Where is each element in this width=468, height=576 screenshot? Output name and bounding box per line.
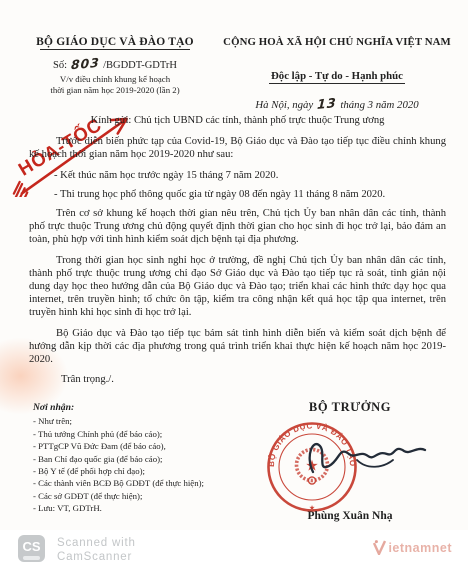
recipient-item: - Bộ Y tế (để phối hợp chỉ đạo); — [33, 465, 204, 477]
paragraph-4: Bộ Giáo dục và Đào tạo tiếp tục bám sát … — [29, 327, 446, 367]
doc-number-prefix: Số: — [53, 60, 67, 71]
recipient-item: - Lưu: VT, GDTrH. — [33, 502, 204, 514]
camscanner-logo-text: CS — [22, 539, 40, 554]
news-watermark: ietnamnet — [373, 540, 452, 555]
signer-title: BỘ TRƯỞNG — [255, 400, 445, 415]
paragraph-3: Trong thời gian học sinh nghỉ học ở trườ… — [29, 254, 446, 320]
doc-number-handwritten: 803 — [69, 55, 101, 73]
recipients-label: Nơi nhận: — [33, 402, 204, 414]
date-line: Hà Nội, ngày 13 tháng 3 năm 2020 — [212, 97, 462, 112]
bullet-item-2: - Thi trung học phổ thông quốc gia từ ng… — [54, 188, 446, 201]
camscanner-caption: Scanned with CamScanner — [57, 536, 136, 564]
doc-number-suffix: /BGDDT-GDTrH — [103, 60, 177, 71]
camscanner-caption-line-2: CamScanner — [57, 550, 136, 564]
paragraph-1: Trước diễn biến phức tạp của Covid-19, B… — [29, 135, 446, 161]
camscanner-footer: CS Scanned with CamScanner ietnamnet — [0, 530, 468, 576]
camscanner-logo-tray — [23, 556, 40, 560]
national-heading-block: CỘNG HOÀ XÃ HỘI CHỦ NGHĨA VIỆT NAM Độc l… — [212, 36, 468, 112]
watermark-text: ietnamnet — [388, 541, 452, 555]
salutation: Kính gửi: Chủ tịch UBND các tỉnh, thành … — [29, 114, 446, 127]
subject-line-1: V/v điều chỉnh khung kế hoạch — [18, 74, 212, 85]
camscanner-caption-line-1: Scanned with — [57, 536, 136, 550]
date-prefix: Hà Nội, ngày — [255, 99, 313, 111]
recipient-item: - Các sở GDĐT (để thực hiện); — [33, 490, 204, 502]
agency-underline — [40, 49, 190, 50]
paragraph-2: Trên cơ sở khung kế hoạch thời gian nêu … — [29, 207, 446, 247]
recipient-item: - PTTgCP Vũ Đức Đam (để báo cáo), — [33, 440, 204, 452]
recipient-item: - Các thành viên BCĐ Bộ GDĐT (để thực hi… — [33, 477, 204, 489]
recipient-item: - Thủ tướng Chính phủ (để báo cáo); — [33, 428, 204, 440]
watermark-v-icon — [373, 540, 386, 555]
document-body: Kính gửi: Chủ tịch UBND các tỉnh, thành … — [29, 114, 446, 386]
scanned-document-page: BỘ GIÁO DỤC VÀ ĐÀO TẠO Số: 803 /BGDDT-GD… — [0, 0, 468, 576]
closing-phrase: Trân trọng./. — [61, 373, 446, 386]
date-day-handwritten: 13 — [316, 96, 338, 113]
signer-name: Phùng Xuân Nhạ — [255, 510, 445, 522]
recipient-item: - Như trên; — [33, 415, 204, 427]
recipient-item: - Ban Chỉ đạo quốc gia (để báo cáo); — [33, 453, 204, 465]
signature-block: BỘ TRƯỞNG BỘ GIÁO DỤC VÀ ĐÀO TẠO ★ ★ Phù… — [255, 400, 445, 415]
recipients-list: Nơi nhận: - Như trên; - Thủ tướng Chính … — [33, 402, 204, 515]
agency-name: BỘ GIÁO DỤC VÀ ĐÀO TẠO — [18, 36, 212, 48]
bullet-item-1: - Kết thúc năm học trước ngày 15 tháng 7… — [54, 169, 446, 182]
signature-ink — [297, 426, 429, 488]
national-name: CỘNG HOÀ XÃ HỘI CHỦ NGHĨA VIỆT NAM — [212, 36, 462, 48]
document-number: Số: 803 /BGDDT-GDTrH — [18, 56, 212, 71]
national-motto: Độc lập - Tự do - Hạnh phúc — [269, 70, 405, 84]
camscanner-logo-icon: CS — [18, 535, 45, 562]
date-suffix: tháng 3 năm 2020 — [340, 99, 418, 111]
